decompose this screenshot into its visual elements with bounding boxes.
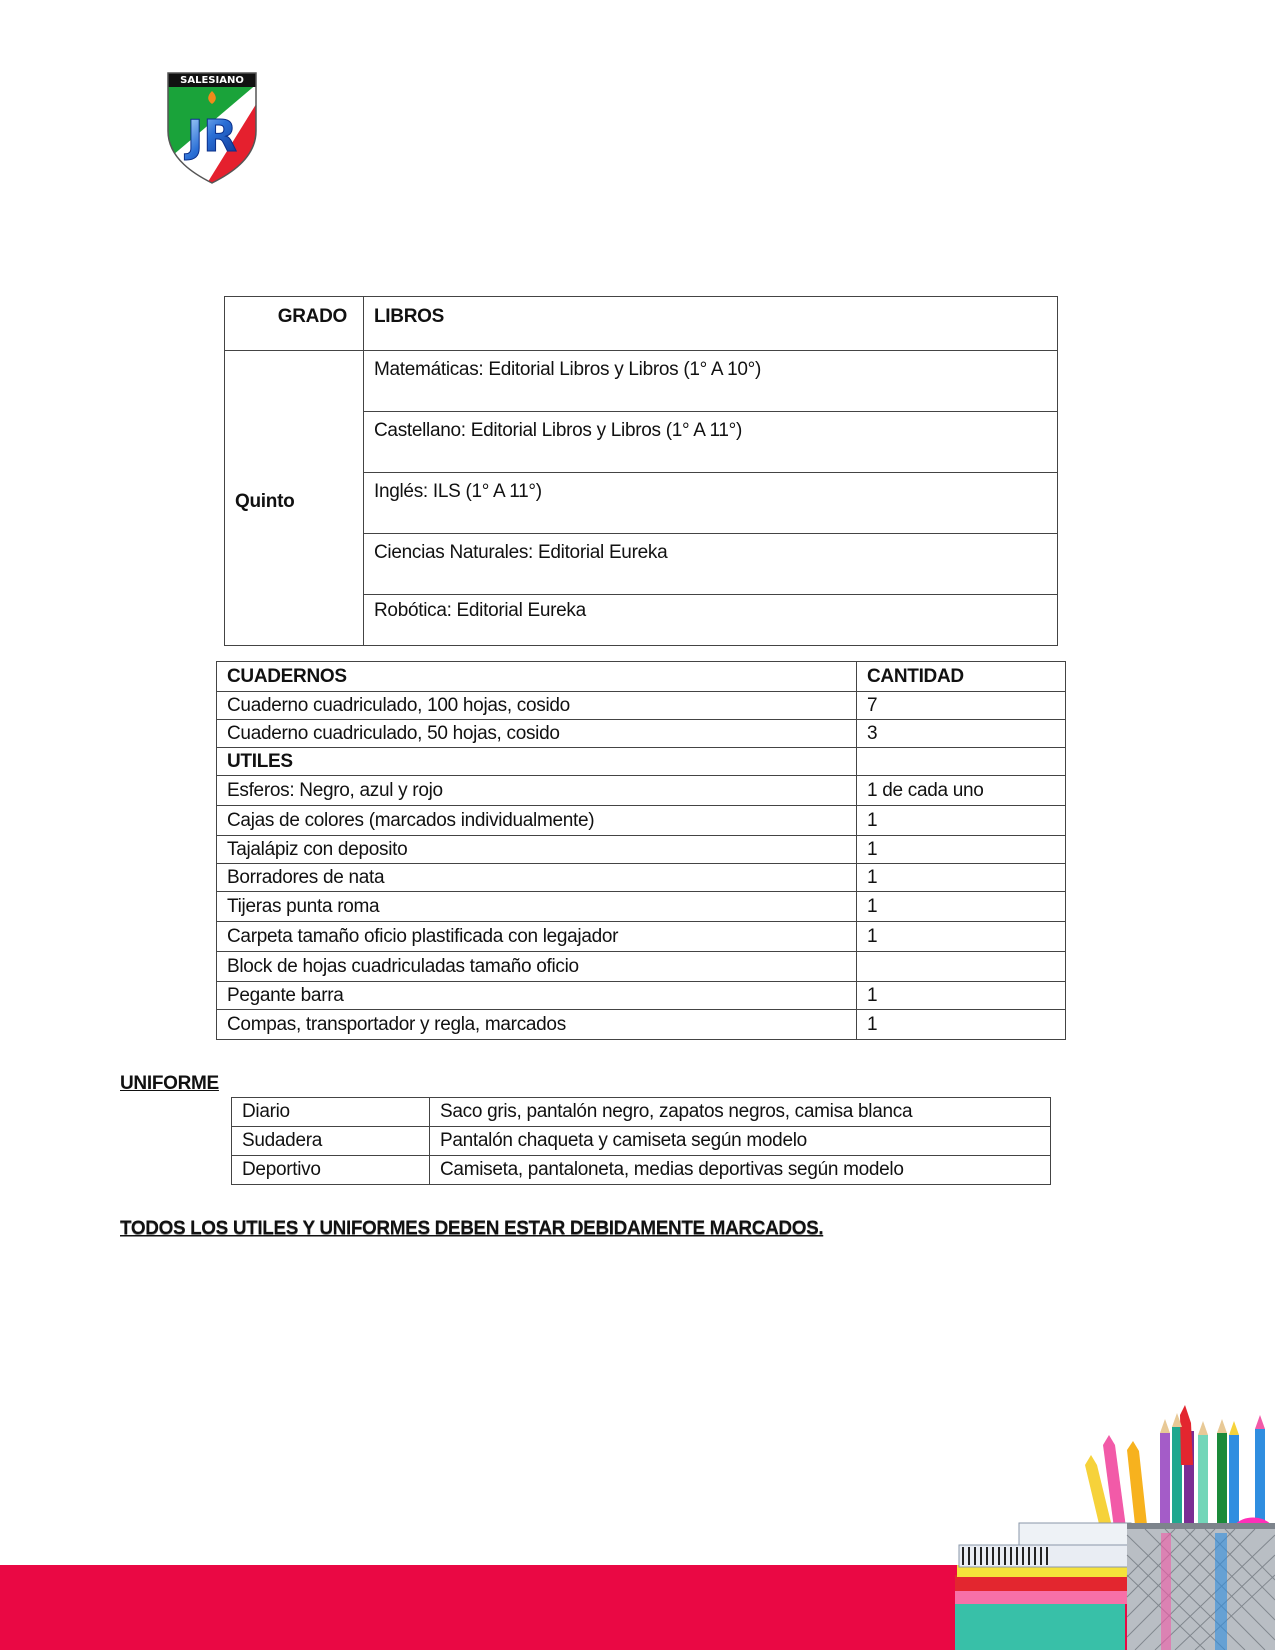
supplies-table-header: CUADERNOS CANTIDAD: [217, 662, 1066, 692]
item-cell: Tijeras punta roma: [217, 892, 857, 922]
item-cell: Tajalápiz con deposito: [217, 836, 857, 864]
uniform-heading: UNIFORME: [120, 1073, 219, 1095]
uniform-description-cell: Saco gris, pantalón negro, zapatos negro…: [430, 1098, 1051, 1127]
quantity-cell: [857, 952, 1066, 982]
notebooks-header: CUADERNOS: [217, 662, 857, 692]
quantity-cell: 1 de cada uno: [857, 776, 1066, 806]
item-cell: Carpeta tamaño oficio plastificada con l…: [217, 922, 857, 952]
svg-text:SALESIANO: SALESIANO: [180, 75, 244, 86]
svg-text:JR: JR: [184, 111, 237, 162]
book-cell: Ciencias Naturales: Editorial Eureka: [364, 534, 1058, 595]
quantity-cell: 1: [857, 836, 1066, 864]
book-cell: Robótica: Editorial Eureka: [364, 595, 1058, 646]
table-row: Compas, transportador y regla, marcados …: [217, 1010, 1066, 1040]
table-row: Diario Saco gris, pantalón negro, zapato…: [232, 1098, 1051, 1127]
marking-notice: TODOS LOS UTILES Y UNIFORMES DEBEN ESTAR…: [120, 1218, 823, 1240]
salesiano-logo-icon: SALESIANO JR: [166, 71, 258, 185]
quantity-cell: 1: [857, 806, 1066, 836]
quantity-cell: 1: [857, 864, 1066, 892]
item-cell: Pegante barra: [217, 982, 857, 1010]
grade-cell: Quinto: [225, 351, 364, 646]
uniform-description-cell: Camiseta, pantaloneta, medias deportivas…: [430, 1156, 1051, 1185]
supplies-table: CUADERNOS CANTIDAD Cuaderno cuadriculado…: [216, 661, 1066, 1040]
utiles-section-row: UTILES: [217, 748, 1066, 776]
table-row: Borradores de nata 1: [217, 864, 1066, 892]
school-supplies-icon: [955, 1405, 1275, 1650]
quantity-cell: 1: [857, 922, 1066, 952]
utiles-header: UTILES: [217, 748, 857, 776]
table-row: Deportivo Camiseta, pantaloneta, medias …: [232, 1156, 1051, 1185]
item-cell: Cuaderno cuadriculado, 50 hojas, cosido: [217, 720, 857, 748]
item-cell: Cajas de colores (marcados individualmen…: [217, 806, 857, 836]
table-row: Cuaderno cuadriculado, 50 hojas, cosido …: [217, 720, 1066, 748]
quantity-header: CANTIDAD: [857, 662, 1066, 692]
table-row: Sudadera Pantalón chaqueta y camiseta se…: [232, 1127, 1051, 1156]
quantity-cell: [857, 748, 1066, 776]
table-row: Cajas de colores (marcados individualmen…: [217, 806, 1066, 836]
uniform-description-cell: Pantalón chaqueta y camiseta según model…: [430, 1127, 1051, 1156]
book-cell: Inglés: ILS (1° A 11°): [364, 473, 1058, 534]
table-row: Cuaderno cuadriculado, 100 hojas, cosido…: [217, 692, 1066, 720]
quantity-cell: 1: [857, 892, 1066, 922]
item-cell: Borradores de nata: [217, 864, 857, 892]
book-cell: Castellano: Editorial Libros y Libros (1…: [364, 412, 1058, 473]
table-row: Esferos: Negro, azul y rojo 1 de cada un…: [217, 776, 1066, 806]
item-cell: Cuaderno cuadriculado, 100 hojas, cosido: [217, 692, 857, 720]
item-cell: Block de hojas cuadriculadas tamaño ofic…: [217, 952, 857, 982]
table-row: Block de hojas cuadriculadas tamaño ofic…: [217, 952, 1066, 982]
table-row: Tajalápiz con deposito 1: [217, 836, 1066, 864]
table-row: Quinto Matemáticas: Editorial Libros y L…: [225, 351, 1058, 412]
book-cell: Matemáticas: Editorial Libros y Libros (…: [364, 351, 1058, 412]
uniform-kind-cell: Sudadera: [232, 1127, 430, 1156]
uniform-kind-cell: Diario: [232, 1098, 430, 1127]
uniform-kind-cell: Deportivo: [232, 1156, 430, 1185]
books-header: LIBROS: [364, 297, 1058, 351]
books-table-header: GRADO LIBROS: [225, 297, 1058, 351]
table-row: Carpeta tamaño oficio plastificada con l…: [217, 922, 1066, 952]
grade-header: GRADO: [225, 297, 364, 351]
item-cell: Esferos: Negro, azul y rojo: [217, 776, 857, 806]
table-row: Tijeras punta roma 1: [217, 892, 1066, 922]
table-row: Pegante barra 1: [217, 982, 1066, 1010]
item-cell: Compas, transportador y regla, marcados: [217, 1010, 857, 1040]
uniform-table: Diario Saco gris, pantalón negro, zapato…: [231, 1097, 1051, 1185]
quantity-cell: 1: [857, 982, 1066, 1010]
quantity-cell: 3: [857, 720, 1066, 748]
quantity-cell: 1: [857, 1010, 1066, 1040]
quantity-cell: 7: [857, 692, 1066, 720]
books-table: GRADO LIBROS Quinto Matemáticas: Editori…: [224, 296, 1058, 646]
